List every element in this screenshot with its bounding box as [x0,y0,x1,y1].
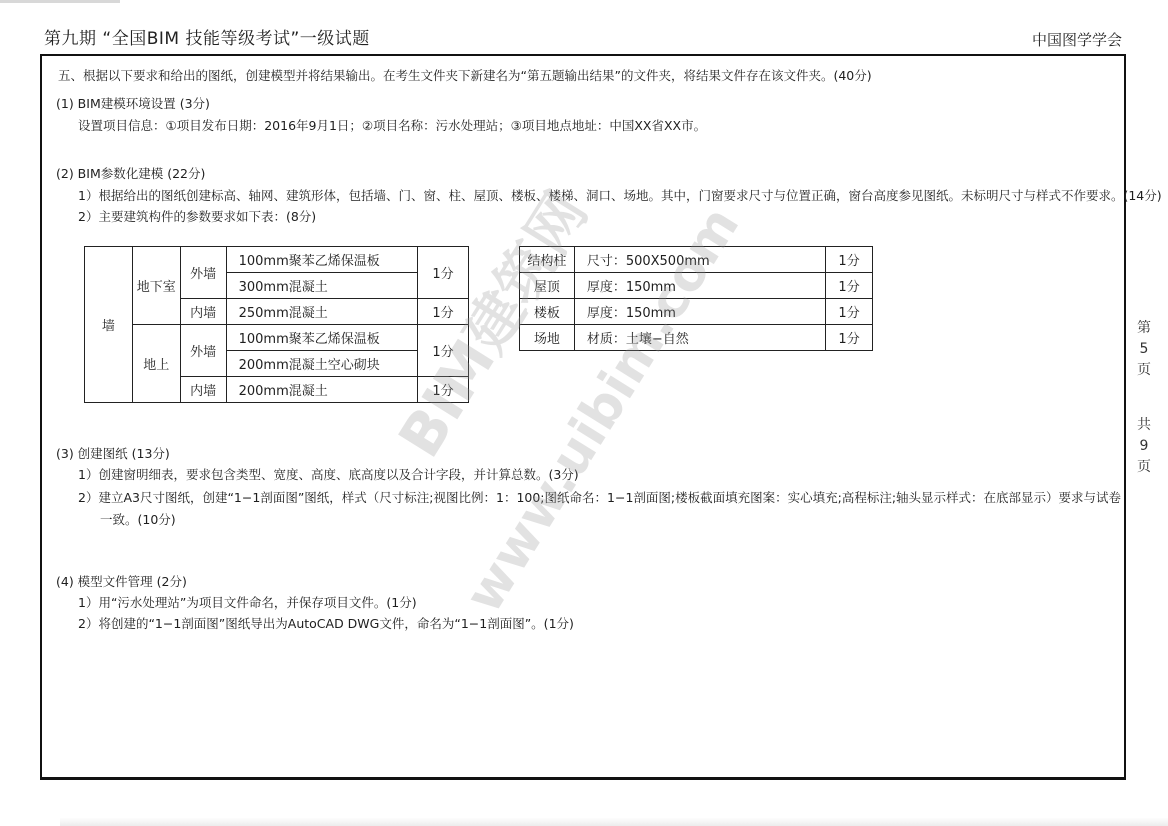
table-row: 结构柱 尺寸：500X500mm 1分 [520,247,873,273]
wall-location-cell: 地上 [132,325,180,403]
wall-location-cell: 地下室 [132,247,180,325]
component-name-cell: 结构柱 [520,247,575,273]
wall-layer-cell: 100mm聚苯乙烯保温板 [226,325,418,351]
section-4-item-1: 1）用“污水处理站”为项目文件命名，并保存项目文件。(1分) [78,593,417,611]
section-2-item-2: 2）主要建筑构件的参数要求如下表：(8分) [78,207,316,225]
page-counter: 第 5 页 共 9 页 [1136,318,1152,478]
section-3-item-2-continued: 一致。(10分) [100,510,176,528]
component-parameter-table: 结构柱 尺寸：500X500mm 1分 屋顶 厚度：150mm 1分 楼板 厚度… [519,246,873,351]
question-intro: 五、根据以下要求和给出的图纸，创建模型并将结果输出。在考生文件夹下新建名为“第五… [58,66,872,84]
wall-score-cell: 1分 [418,325,469,377]
table-row: 楼板 厚度：150mm 1分 [520,299,873,325]
component-score-cell: 1分 [826,299,873,325]
page-total-suffix: 页 [1136,457,1152,478]
section-3-item-1: 1）创建窗明细表，要求包含类型、宽度、高度、底高度以及合计字段，并计算总数。(3… [78,465,579,483]
page-title: 第九期 “全国BIM 技能等级考试”一级试题 [44,24,370,49]
wall-layer-cell: 200mm混凝土 [226,377,418,403]
component-name-cell: 楼板 [520,299,575,325]
component-spec-cell: 材质：土壤−自然 [574,325,825,351]
table-row: 墙 地下室 外墙 100mm聚苯乙烯保温板 1分 [85,247,469,273]
table-row: 地上 外墙 100mm聚苯乙烯保温板 1分 [85,325,469,351]
component-spec-cell: 尺寸：500X500mm [574,247,825,273]
page-current-number: 5 [1136,339,1152,360]
component-spec-cell: 厚度：150mm [574,273,825,299]
page-total-prefix: 共 [1136,415,1152,436]
page-current-prefix: 第 [1136,318,1152,339]
wall-layer-cell: 200mm混凝土空心砌块 [226,351,418,377]
scan-edge [0,0,120,3]
component-name-cell: 屋顶 [520,273,575,299]
section-heading-2: (2) BIM参数化建模 (22分) [56,164,205,182]
section-heading-3: (3) 创建图纸 (13分) [56,444,170,462]
component-name-cell: 场地 [520,325,575,351]
component-score-cell: 1分 [826,325,873,351]
wall-layer-cell: 300mm混凝土 [226,273,418,299]
wall-category-cell: 墙 [85,247,133,403]
wall-score-cell: 1分 [418,299,469,325]
page-current-suffix: 页 [1136,360,1152,381]
wall-type-cell: 内墙 [180,377,226,403]
wall-parameter-table: 墙 地下室 外墙 100mm聚苯乙烯保温板 1分 300mm混凝土 内墙 250… [84,246,469,403]
section-heading-1: (1) BIM建模环境设置 (3分) [56,94,210,112]
wall-layer-cell: 250mm混凝土 [226,299,418,325]
table-row: 屋顶 厚度：150mm 1分 [520,273,873,299]
component-spec-cell: 厚度：150mm [574,299,825,325]
section-2-item-1: 1）根据给出的图纸创建标高、轴网、建筑形体，包括墙、门、窗、柱、屋顶、楼板、楼梯… [78,186,1162,204]
scan-edge [60,818,1168,826]
wall-score-cell: 1分 [418,247,469,299]
wall-type-cell: 外墙 [180,247,226,299]
wall-type-cell: 外墙 [180,325,226,377]
section-1-item-1: 设置项目信息：①项目发布日期：2016年9月1日；②项目名称：污水处理站；③项目… [78,116,706,134]
page-total-number: 9 [1136,436,1152,457]
section-heading-4: (4) 模型文件管理 (2分) [56,572,187,590]
table-row: 场地 材质：土壤−自然 1分 [520,325,873,351]
wall-layer-cell: 100mm聚苯乙烯保温板 [226,247,418,273]
component-score-cell: 1分 [826,273,873,299]
organization-name: 中国图学学会 [1032,29,1122,50]
wall-type-cell: 内墙 [180,299,226,325]
question-frame [40,54,1126,780]
section-3-item-2: 2）建立A3尺寸图纸，创建“1−1剖面图”图纸，样式（尺寸标注;视图比例：1：1… [78,488,1121,506]
wall-score-cell: 1分 [418,377,469,403]
component-score-cell: 1分 [826,247,873,273]
section-4-item-2: 2）将创建的“1−1剖面图”图纸导出为AutoCAD DWG文件，命名为“1−1… [78,614,574,632]
